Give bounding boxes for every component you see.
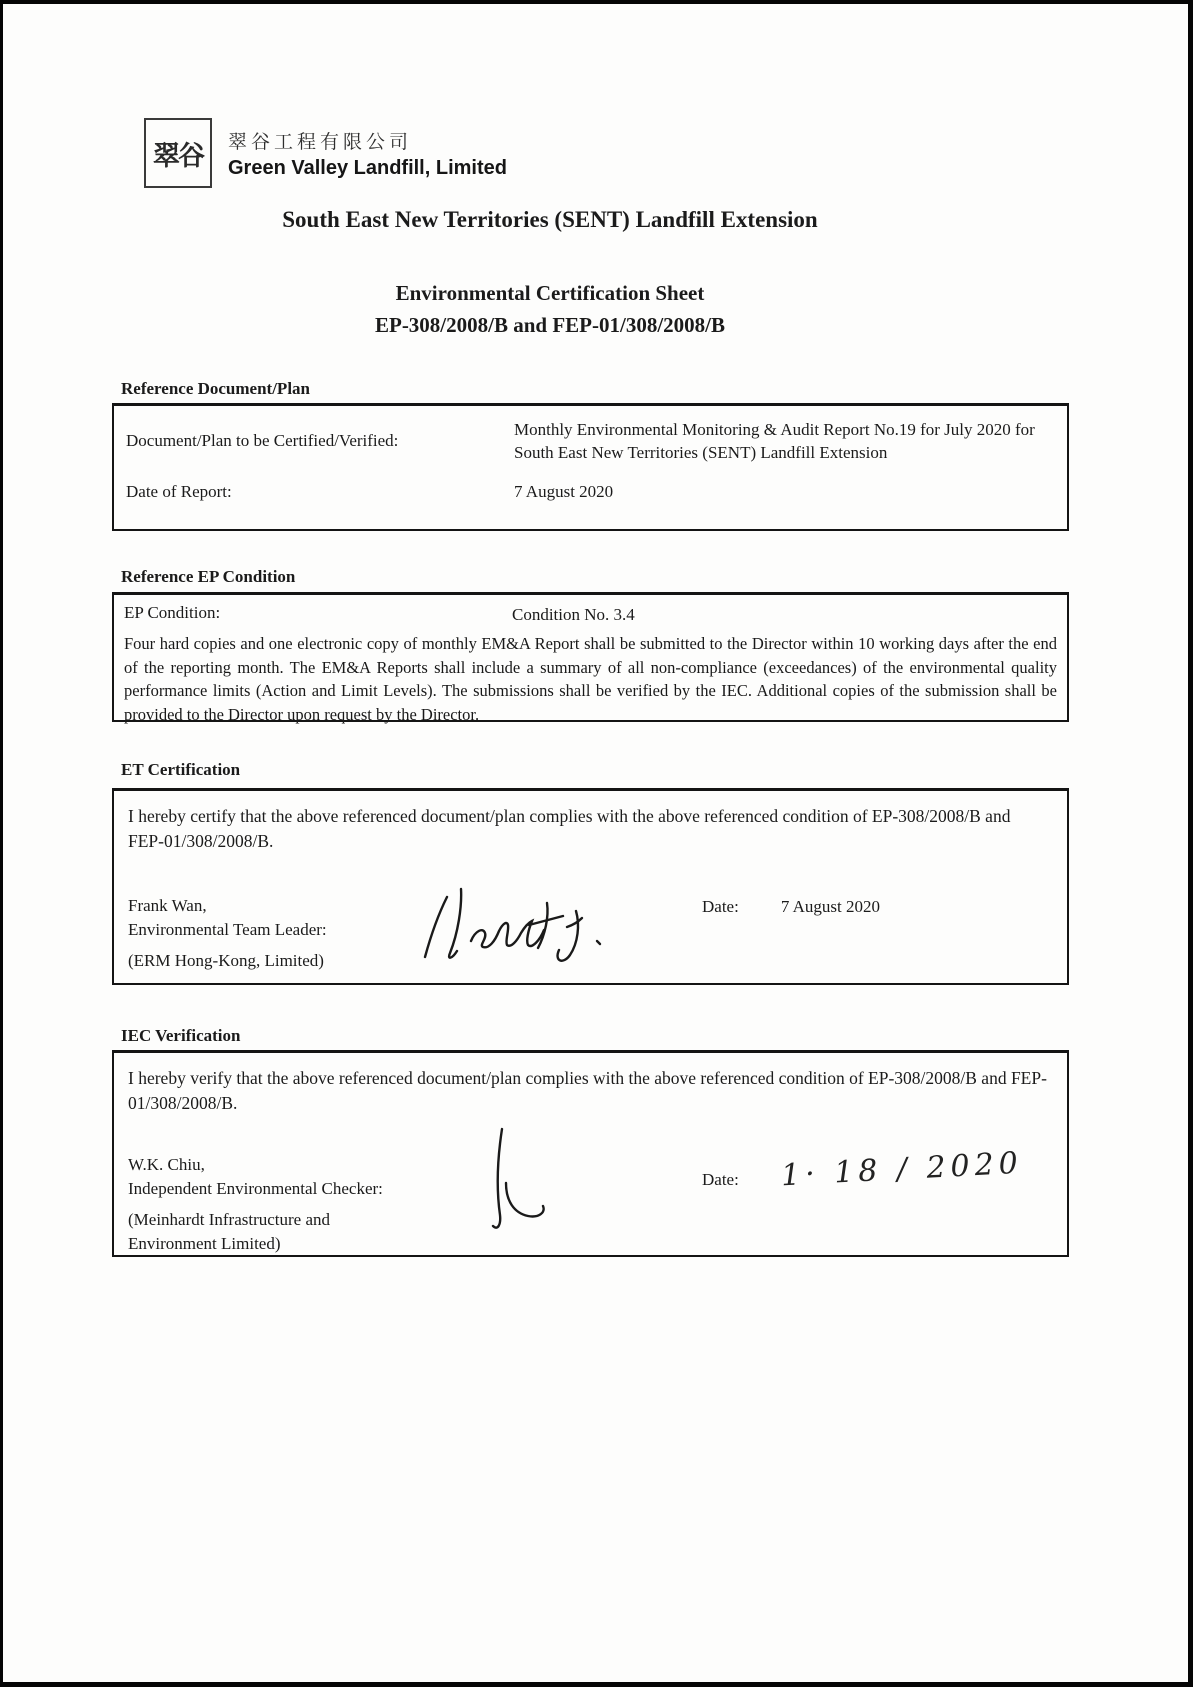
iec-date-label: Date: — [702, 1170, 739, 1190]
project-title: South East New Territories (SENT) Landfi… — [0, 207, 1100, 233]
reference-document-box: Document/Plan to be Certified/Verified: … — [112, 403, 1069, 531]
reference-document-heading: Reference Document/Plan — [121, 379, 310, 399]
et-date-row: Date: 7 August 2020 — [702, 897, 880, 917]
table-row: EP Condition: Condition No. 3.4 — [124, 603, 1057, 626]
document-plan-label: Document/Plan to be Certified/Verified: — [126, 431, 514, 451]
et-signer-title: Environmental Team Leader: — [128, 918, 327, 942]
seal-characters: 翠谷 — [153, 134, 203, 173]
date-of-report-value: 7 August 2020 — [514, 480, 1055, 503]
ep-condition-box: EP Condition: Condition No. 3.4 Four har… — [112, 592, 1069, 722]
iec-date-handwritten: 1· 18 / 2020 — [780, 1146, 1023, 1194]
company-name-chinese: 翠谷工程有限公司 — [228, 127, 507, 154]
document-title: Environmental Certification Sheet — [0, 281, 1100, 306]
company-logo: 翠谷 翠谷工程有限公司 Green Valley Landfill, Limit… — [144, 118, 507, 188]
iec-signer-name: W.K. Chiu, — [128, 1153, 383, 1177]
et-signer-block: Frank Wan, Environmental Team Leader: (E… — [128, 894, 327, 973]
iec-signature — [476, 1125, 596, 1243]
company-seal-icon: 翠谷 — [144, 118, 212, 188]
iec-verification-box: I hereby verify that the above reference… — [112, 1050, 1069, 1257]
et-certification-statement: I hereby certify that the above referenc… — [128, 804, 1050, 854]
ep-condition-label: EP Condition: — [124, 603, 512, 623]
certification-sheet-page: 翠谷 翠谷工程有限公司 Green Valley Landfill, Limit… — [0, 0, 1193, 1687]
et-signature — [409, 883, 619, 978]
iec-verification-heading: IEC Verification — [121, 1026, 240, 1046]
et-signer-company: (ERM Hong-Kong, Limited) — [128, 949, 327, 973]
et-certification-box: I hereby certify that the above referenc… — [112, 788, 1069, 985]
et-signer-name: Frank Wan, — [128, 894, 327, 918]
document-plan-value: Monthly Environmental Monitoring & Audit… — [514, 418, 1055, 464]
table-row: Date of Report: 7 August 2020 — [126, 480, 1055, 503]
et-date-label: Date: — [702, 897, 739, 917]
date-of-report-label: Date of Report: — [126, 482, 514, 502]
iec-date-row: Date: 1· 18 / 2020 — [702, 1158, 1023, 1193]
et-certification-heading: ET Certification — [121, 760, 240, 780]
ep-condition-description: Four hard copies and one electronic copy… — [124, 632, 1057, 726]
table-row: Document/Plan to be Certified/Verified: … — [126, 418, 1055, 464]
company-name-block: 翠谷工程有限公司 Green Valley Landfill, Limited — [228, 127, 507, 180]
company-name-english: Green Valley Landfill, Limited — [228, 157, 507, 180]
iec-signer-block: W.K. Chiu, Independent Environmental Che… — [128, 1153, 383, 1256]
reference-ep-condition-heading: Reference EP Condition — [121, 567, 295, 587]
ep-condition-value: Condition No. 3.4 — [512, 603, 1057, 626]
permit-numbers-title: EP-308/2008/B and FEP-01/308/2008/B — [0, 313, 1100, 338]
iec-signer-company-line2: Environment Limited) — [128, 1232, 383, 1256]
iec-verification-statement: I hereby verify that the above reference… — [128, 1066, 1050, 1116]
iec-signer-company-line1: (Meinhardt Infrastructure and — [128, 1208, 383, 1232]
iec-signer-title: Independent Environmental Checker: — [128, 1177, 383, 1201]
et-date-value: 7 August 2020 — [781, 897, 880, 917]
